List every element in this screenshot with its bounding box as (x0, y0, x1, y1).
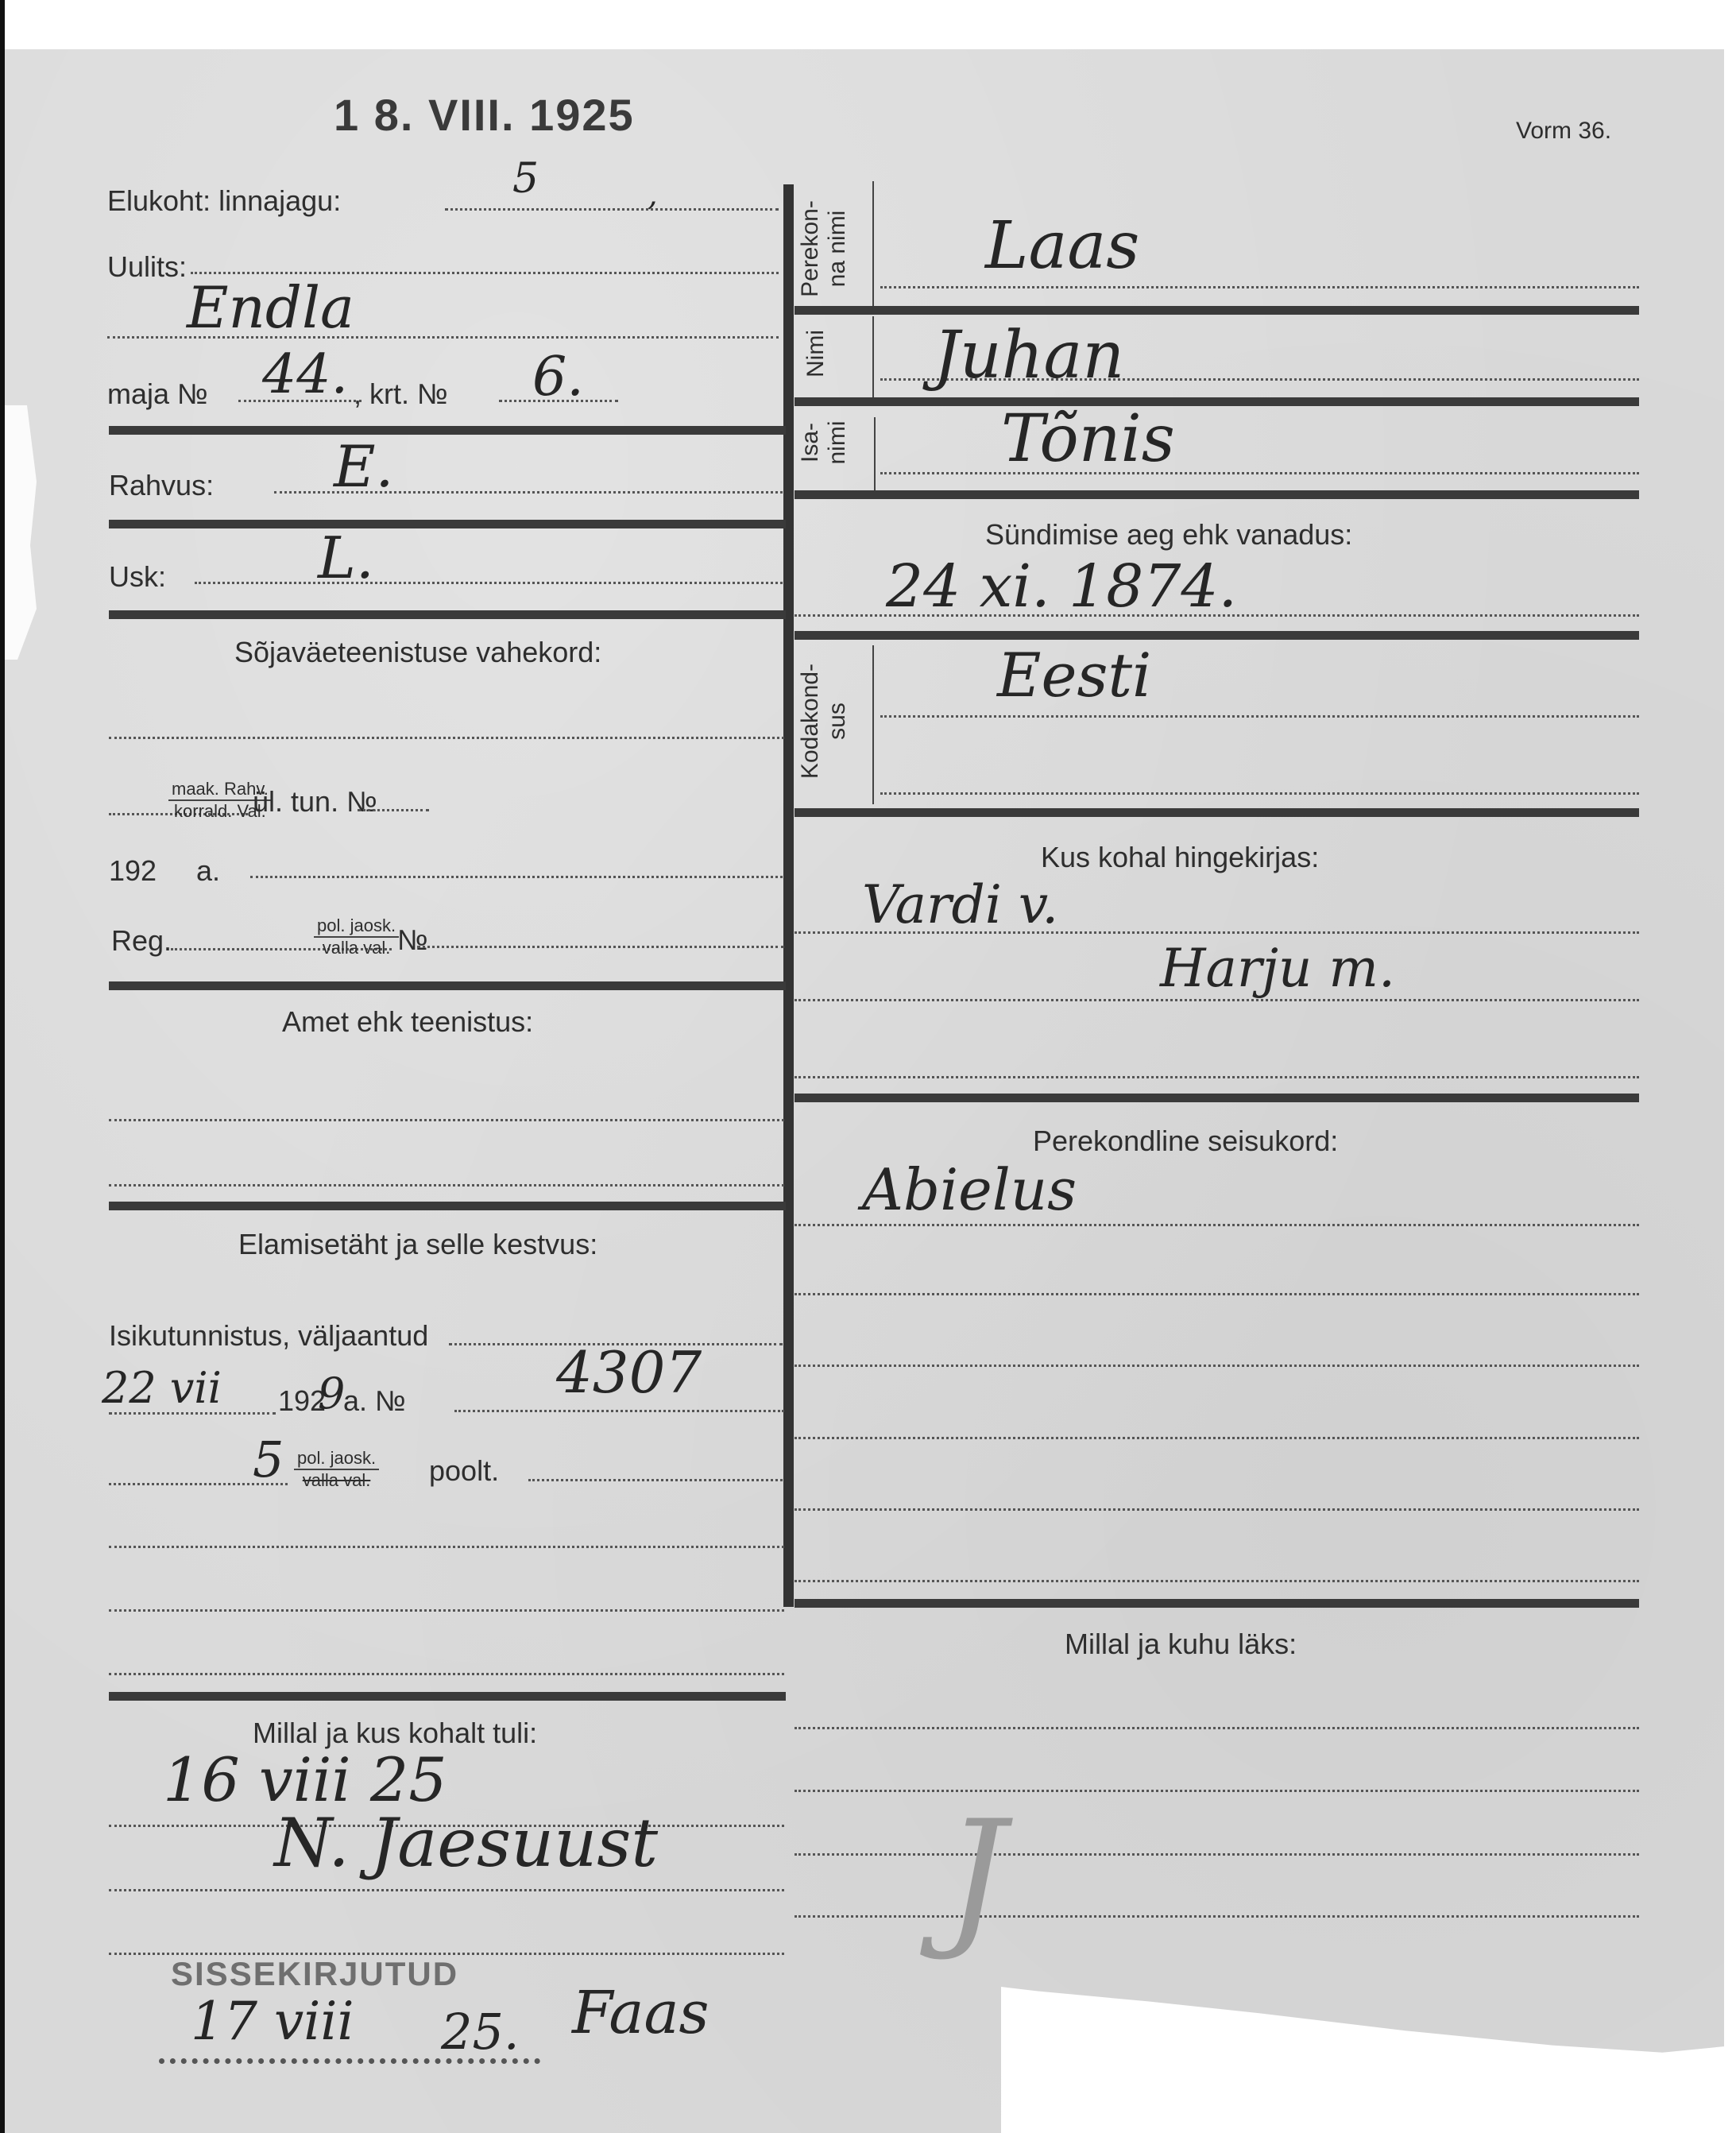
uulits-value: Endla (187, 274, 354, 341)
section-rule (109, 520, 786, 528)
year-prefix: 192 (109, 854, 157, 888)
elamisetaht-field-line-2[interactable] (109, 1609, 784, 1612)
section-rule (795, 306, 1639, 315)
isanimi-value: Tõnis (1001, 401, 1175, 477)
usk-field-line[interactable] (195, 582, 783, 584)
millal-tuli-field-line-2[interactable] (109, 1889, 784, 1891)
perekondline-field-line-4[interactable] (795, 1437, 1639, 1439)
millal-lahks-field-line-3[interactable] (795, 1853, 1639, 1856)
signature: Faas (572, 1979, 709, 2047)
amet-field-line-2[interactable] (109, 1184, 784, 1187)
perekondline-field-line-2[interactable] (795, 1293, 1639, 1295)
label-divider (874, 417, 876, 492)
reg-no-field-line[interactable] (417, 946, 784, 948)
poolt-field-line[interactable] (528, 1479, 783, 1481)
isanimi-field-line[interactable] (880, 472, 1639, 474)
year-suffix: a. (196, 854, 220, 888)
sojavae-heading: Sõjaväeteenistuse vahekord: (234, 636, 601, 669)
issued-day-value: 22 vii (102, 1363, 222, 1413)
section-rule (795, 490, 1639, 499)
isanimi-label: Isa- nimi (797, 399, 851, 486)
reg-label: Reg. (111, 924, 172, 958)
elukoht-label: Elukoht: linnajagu: (107, 184, 341, 218)
perekondline-field-line-3[interactable] (795, 1365, 1639, 1367)
millal-lahks-field-line-1[interactable] (795, 1727, 1639, 1729)
hingekiri-field-line-3[interactable] (795, 1076, 1639, 1078)
id-year-suffix: a. № (343, 1384, 406, 1418)
rahvus-label: Rahvus: (109, 469, 214, 502)
pencil-mark: J (945, 1788, 1006, 1964)
kodakondsus-label: Kodakond- sus (797, 644, 851, 799)
sojavae-field-line-1[interactable] (109, 737, 784, 739)
year-hand: 9 (318, 1368, 345, 1419)
uulits-label: Uulits: (107, 250, 187, 284)
sissekirjutud-stamp: SISSEKIRJUTUD (171, 1955, 458, 1993)
sissekirjutud-year: 25. (441, 2003, 520, 2061)
fraction-bottom: valla val. (314, 938, 399, 958)
section-rule (795, 631, 1639, 640)
millal-lahks-field-line-2[interactable] (795, 1790, 1639, 1792)
isikutunnistus-label: Isikutunnistus, väljaantud (109, 1319, 428, 1353)
document-paper (0, 49, 1724, 2133)
kodakondsus-value: Eesti (997, 640, 1151, 710)
perekonnanimi-value: Laas (985, 208, 1139, 284)
issued-day-field-line[interactable] (109, 1412, 276, 1415)
issuer-value: 5 (253, 1430, 284, 1488)
section-rule (109, 1692, 786, 1701)
nimi-label: Nimi (802, 314, 829, 393)
label-line: Isa- (797, 399, 824, 486)
label-divider (872, 181, 874, 306)
kodakondsus-field-line-1[interactable] (880, 715, 1639, 718)
sojavae-fraction-2: pol. jaosk. valla val. (314, 916, 399, 958)
perekondline-field-line-1[interactable] (795, 1224, 1639, 1226)
label-line: sus (824, 644, 851, 799)
rahvus-value: E. (334, 433, 393, 500)
section-rule (109, 610, 786, 619)
maja-label: maja № (107, 377, 208, 411)
sundimine-value: 24 xi. 1874. (886, 552, 1237, 621)
section-rule (109, 981, 786, 990)
stamp-dotted-line (159, 2058, 540, 2064)
sissekirjutud-date: 17 viii (191, 1991, 354, 2052)
fraction-bottom-struck: valla val. (294, 1470, 379, 1491)
ul-tun-label: ül. tun. № (253, 785, 377, 819)
section-rule (795, 808, 1639, 817)
elamisetaht-fraction: pol. jaosk. valla val. (294, 1448, 379, 1491)
reg-no-label: № (397, 923, 428, 957)
section-rule (109, 1202, 786, 1210)
amet-field-line-1[interactable] (109, 1119, 784, 1121)
krt-label: , krt. № (354, 377, 448, 411)
maja-value: 44. (262, 343, 348, 406)
krt-value: 6. (532, 346, 584, 408)
perekondline-heading: Perekondline seisukord: (1033, 1125, 1338, 1158)
perekondline-field-line-5[interactable] (795, 1508, 1639, 1511)
elamisetaht-field-line-3[interactable] (109, 1673, 784, 1675)
hingekiri-field-line-1[interactable] (795, 931, 1639, 934)
label-line: Perekon- (797, 189, 824, 308)
label-line: nimi (824, 399, 851, 486)
fraction-top: pol. jaosk. (314, 916, 399, 938)
perekonnanimi-label: Perekon- na nimi (797, 189, 851, 308)
perekondline-value: Abielus (862, 1156, 1077, 1223)
perekonnanimi-field-line[interactable] (880, 286, 1639, 288)
usk-value: L. (318, 525, 374, 591)
date-stamp: 1 8. VIII. 1925 (334, 89, 635, 141)
kodakondsus-field-line-2[interactable] (880, 792, 1639, 795)
hingekiri-line1: Vardi v. (862, 874, 1058, 935)
elukoht-comma: , (648, 176, 658, 213)
uulits-field-line-2[interactable] (107, 336, 779, 339)
elukoht-field-line[interactable] (445, 208, 779, 211)
section-rule (795, 397, 1639, 406)
section-rule (795, 1094, 1639, 1102)
millal-tuli-line2: N. Jaesuust (274, 1804, 658, 1882)
ul-tun-field-line[interactable] (358, 809, 429, 811)
millal-lahks-heading: Millal ja kuhu läks: (1065, 1628, 1297, 1661)
elukoht-value: 5 (512, 155, 539, 203)
hingekiri-heading: Kus kohal hingekirjas: (1041, 841, 1319, 874)
nimi-value: Juhan (934, 318, 1124, 393)
form-number: Vorm 36. (1516, 118, 1611, 145)
elamisetaht-heading: Elamisetäht ja selle kestvus: (238, 1228, 597, 1261)
hingekiri-field-line-2[interactable] (795, 999, 1639, 1001)
label-line: na nimi (824, 189, 851, 308)
hingekiri-line2: Harju m. (1160, 938, 1395, 999)
label-line: Nimi (802, 314, 829, 393)
year-field-line[interactable] (250, 876, 783, 878)
section-rule (109, 426, 786, 435)
scan-edge (0, 0, 5, 2133)
center-divider (783, 184, 794, 1607)
sundimine-heading: Sündimise aeg ehk vanadus: (985, 518, 1352, 552)
label-divider (872, 645, 874, 804)
poolt-label: poolt. (429, 1454, 499, 1488)
section-rule (795, 1599, 1639, 1608)
millal-lahks-field-line-4[interactable] (795, 1915, 1639, 1918)
elamisetaht-field-line-1[interactable] (109, 1546, 784, 1548)
perekondline-field-line-6[interactable] (795, 1580, 1639, 1582)
id-number-field-line[interactable] (454, 1410, 784, 1412)
sundimine-field-line[interactable] (795, 614, 1639, 617)
label-line: Kodakond- (797, 644, 824, 799)
fraction-top: pol. jaosk. (294, 1448, 379, 1470)
amet-heading: Amet ehk teenistus: (282, 1005, 533, 1039)
label-divider (872, 316, 874, 397)
id-number-value: 4307 (556, 1339, 702, 1406)
usk-label: Usk: (109, 560, 166, 594)
